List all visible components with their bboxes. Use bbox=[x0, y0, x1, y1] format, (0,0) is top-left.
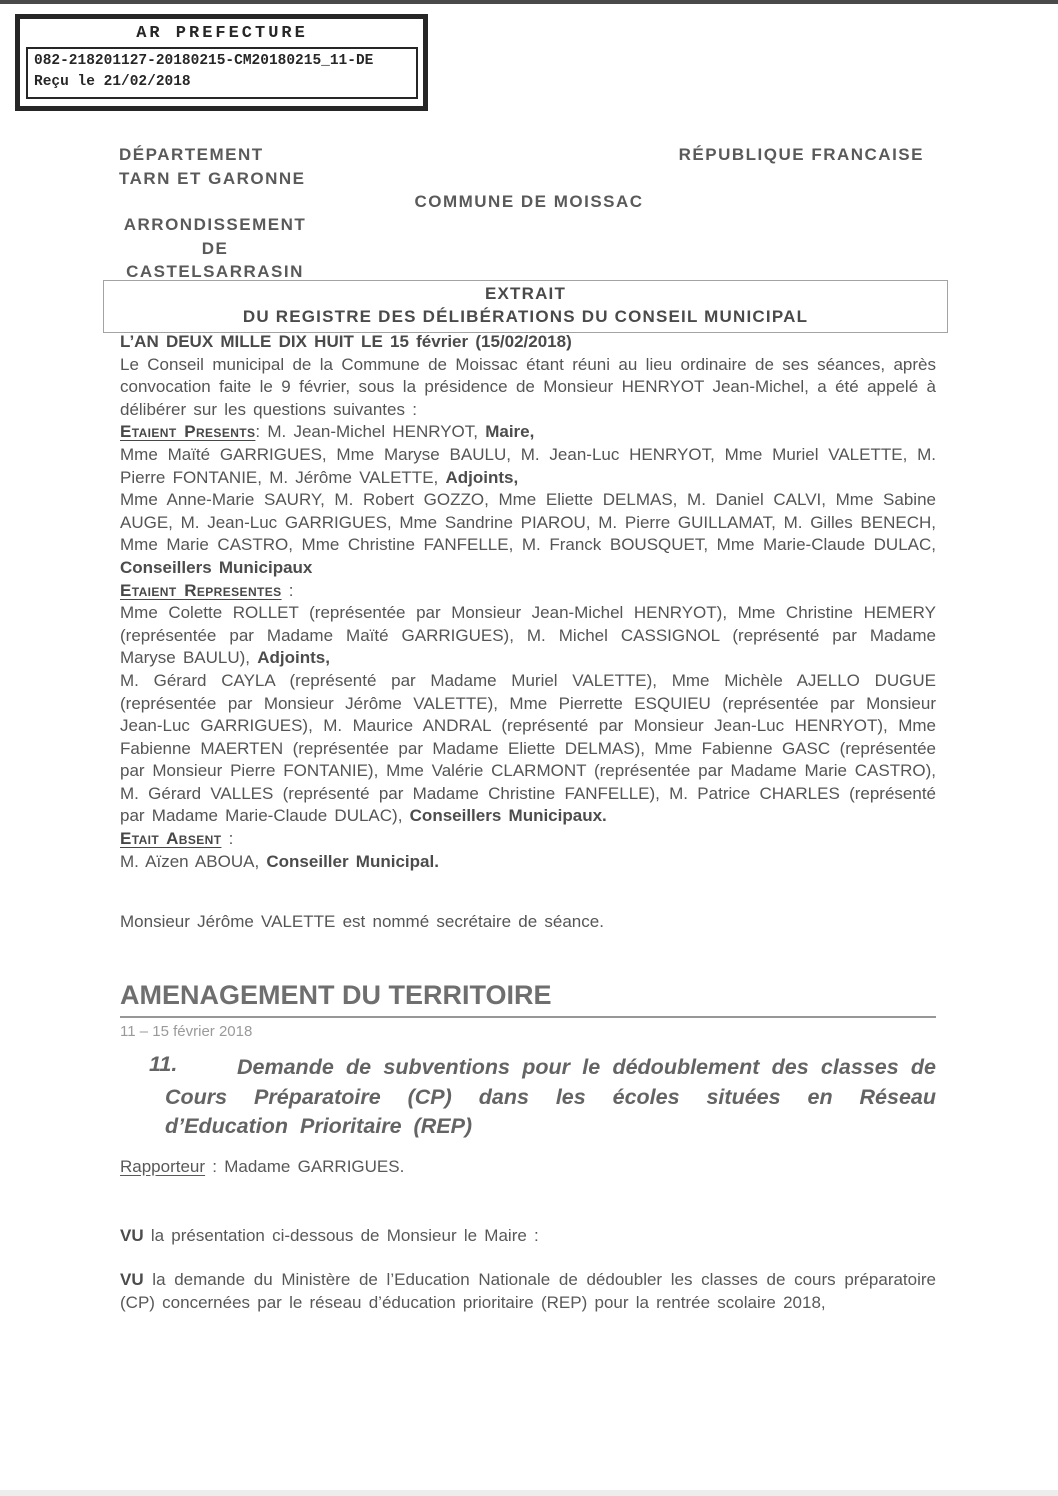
rapporteur-line: Rapporteur : Madame GARRIGUES. bbox=[120, 1156, 936, 1179]
rapporteur-label: Rapporteur bbox=[120, 1157, 205, 1176]
represented-label: Etaient Representes bbox=[120, 581, 282, 600]
present-conseillers-paragraph: Mme Anne-Marie SAURY, M. Robert GOZZO, M… bbox=[120, 489, 936, 579]
vu2-text: la demande du Ministère de l’Education N… bbox=[120, 1270, 936, 1312]
stamp-inner-box: 082-218201127-20180215-CM20180215_11-DE … bbox=[26, 47, 418, 99]
stamp-received-date: Reçu le 21/02/2018 bbox=[34, 72, 410, 93]
represented-conseillers-paragraph: M. Gérard CAYLA (représenté par Madame M… bbox=[120, 670, 936, 828]
present-conseillers-names: Mme Anne-Marie SAURY, M. Robert GOZZO, M… bbox=[120, 490, 936, 554]
stamp-title: AR PREFECTURE bbox=[26, 24, 418, 43]
scanned-document-page: AR PREFECTURE 082-218201127-20180215-CM2… bbox=[0, 0, 1058, 1496]
republic-label: RÉPUBLIQUE FRANCAISE bbox=[679, 143, 924, 167]
secretary-line: Monsieur Jérôme VALETTE est nommé secrét… bbox=[120, 911, 936, 934]
represented-colon: : bbox=[282, 581, 294, 600]
conseillers-role-label: Conseillers Municipaux bbox=[120, 558, 312, 577]
absent-colon: : bbox=[221, 829, 233, 848]
represented-heading-line: Etaient Representes : bbox=[120, 580, 936, 603]
section-date-range: 11 – 15 février 2018 bbox=[120, 1021, 936, 1044]
scan-edge-bottom bbox=[0, 1490, 1058, 1496]
present-members-heading-line: Etaient Presents: M. Jean-Michel HENRYOT… bbox=[120, 421, 936, 444]
section-title: AMENAGEMENT DU TERRITOIRE bbox=[120, 981, 936, 1018]
present-mayor-name: : M. Jean-Michel HENRYOT, bbox=[255, 422, 485, 441]
commune-title: COMMUNE DE MOISSAC bbox=[0, 190, 1058, 214]
absent-member-line: M. Aïzen ABOUA, Conseiller Municipal. bbox=[120, 851, 936, 874]
document-body: L’AN DEUX MILLE DIX HUIT LE 15 février (… bbox=[120, 331, 936, 1314]
stamp-code: 082-218201127-20180215-CM20180215_11-DE bbox=[34, 51, 410, 72]
arrondissement-block: ARRONDISSEMENT DE CASTELSARRASIN bbox=[119, 213, 311, 284]
absent-member-role: Conseiller Municipal. bbox=[266, 852, 439, 871]
represented-adjoints-names: Mme Colette ROLLET (représentée par Mons… bbox=[120, 603, 936, 667]
rapporteur-name: : Madame GARRIGUES. bbox=[205, 1157, 404, 1176]
present-label: Etaient Presents bbox=[120, 422, 255, 441]
adjoints-role-label: Adjoints, bbox=[445, 468, 518, 487]
ar-prefecture-stamp: AR PREFECTURE 082-218201127-20180215-CM2… bbox=[15, 14, 428, 111]
represented-conseillers-role-label: Conseillers Municipaux. bbox=[410, 806, 607, 825]
department-block: DÉPARTEMENT TARN ET GARONNE bbox=[119, 143, 306, 190]
arrondissement-de: DE bbox=[119, 237, 311, 261]
vu-demande-paragraph: VU la demande du Ministère de l’Educatio… bbox=[120, 1269, 936, 1314]
absent-member-name: M. Aïzen ABOUA, bbox=[120, 852, 266, 871]
absent-label: Etait Absent bbox=[120, 829, 221, 848]
extract-title-box: EXTRAIT DU REGISTRE DES DÉLIBÉRATIONS DU… bbox=[103, 280, 948, 333]
agenda-item-number: 11. bbox=[149, 1053, 177, 1076]
vu1-text: la présentation ci-dessous de Monsieur l… bbox=[144, 1226, 539, 1245]
absent-heading-line: Etait Absent : bbox=[120, 828, 936, 851]
vu-presentation-paragraph: VU la présentation ci-dessous de Monsieu… bbox=[120, 1225, 936, 1248]
represented-adjoints-paragraph: Mme Colette ROLLET (représentée par Mons… bbox=[120, 602, 936, 670]
department-label: DÉPARTEMENT bbox=[119, 143, 306, 167]
agenda-item-heading: 11. Demande de subventions pour le dédou… bbox=[165, 1053, 936, 1142]
represented-conseillers-names: M. Gérard CAYLA (représenté par Madame M… bbox=[120, 671, 936, 826]
maire-role-label: Maire, bbox=[485, 422, 534, 441]
department-name: TARN ET GARONNE bbox=[119, 167, 306, 191]
session-date-line: L’AN DEUX MILLE DIX HUIT LE 15 février (… bbox=[120, 331, 936, 354]
scan-edge-top bbox=[0, 0, 1058, 4]
extract-line1: EXTRAIT bbox=[104, 283, 947, 306]
present-adjoints-names: Mme Maïté GARRIGUES, Mme Maryse BAULU, M… bbox=[120, 445, 936, 487]
extract-line2: DU REGISTRE DES DÉLIBÉRATIONS DU CONSEIL… bbox=[104, 306, 947, 329]
present-adjoints-paragraph: Mme Maïté GARRIGUES, Mme Maryse BAULU, M… bbox=[120, 444, 936, 489]
represented-adjoints-role-label: Adjoints, bbox=[257, 648, 330, 667]
session-intro-paragraph: Le Conseil municipal de la Commune de Mo… bbox=[120, 354, 936, 422]
agenda-item-title: Demande de subventions pour le dédoublem… bbox=[165, 1053, 936, 1142]
vu2-keyword: VU bbox=[120, 1270, 144, 1289]
vu1-keyword: VU bbox=[120, 1226, 144, 1245]
arrondissement-label: ARRONDISSEMENT bbox=[119, 213, 311, 237]
